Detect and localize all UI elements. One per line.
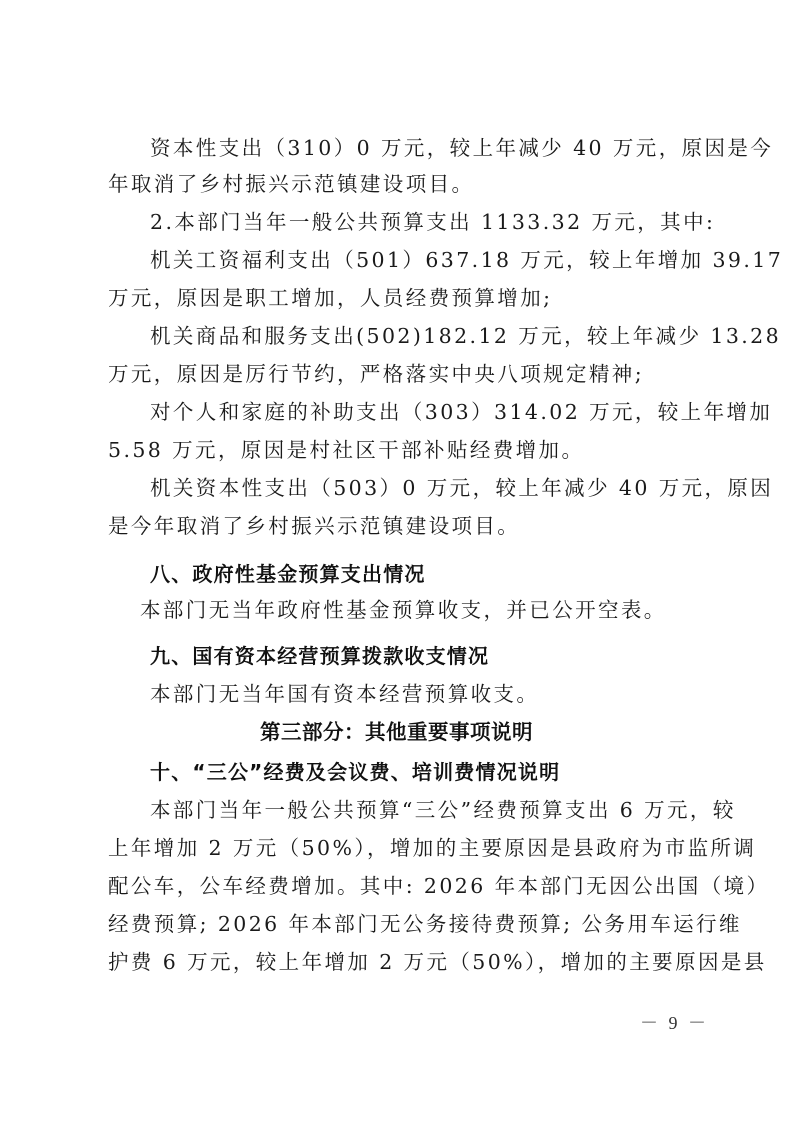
paragraph-first-line: 本部门当年一般公共预算“三公”经费预算支出 6 万元，较 <box>150 796 698 824</box>
paragraph-line: 年取消了乡村振兴示范镇建设项目。 <box>108 170 698 198</box>
paragraph-first-line: 机关资本性支出（503）0 万元，较上年减少 40 万元，原因 <box>150 474 698 502</box>
paragraph-line: 配公车，公车经费增加。其中: 2026 年本部门无因公出国（境） <box>108 872 698 900</box>
paragraph-first-line: 本部门无当年国有资本经营预算收支。 <box>150 680 698 708</box>
section-heading: 八、政府性基金预算支出情况 <box>150 560 698 588</box>
document-page: 资本性支出（310）0 万元，较上年减少 40 万元，原因是今年取消了乡村振兴示… <box>0 0 793 1122</box>
paragraph-line: 万元，原因是职工增加，人员经费预算增加; <box>108 284 698 312</box>
paragraph-line: 是今年取消了乡村振兴示范镇建设项目。 <box>108 512 698 540</box>
paragraph-first-line: 机关商品和服务支出(502)182.12 万元，较上年减少 13.28 <box>150 322 698 350</box>
paragraph-first-line: 资本性支出（310）0 万元，较上年减少 40 万元，原因是今 <box>150 134 698 162</box>
paragraph-line: 上年增加 2 万元（50%），增加的主要原因是县政府为市监所调 <box>108 834 698 862</box>
paragraph-line: 护费 6 万元，较上年增加 2 万元（50%），增加的主要原因是县 <box>108 948 698 976</box>
paragraph-first-line: 2.本部门当年一般公共预算支出 1133.32 万元，其中: <box>150 208 698 236</box>
paragraph-first-line: 本部门无当年政府性基金预算收支，并已公开空表。 <box>140 596 730 624</box>
paragraph-line: 经费预算; 2026 年本部门无公务接待费预算; 公务用车运行维 <box>108 910 698 938</box>
page-number: － 9 － <box>640 1010 709 1036</box>
section-heading: 十、“三公”经费及会议费、培训费情况说明 <box>150 758 698 786</box>
section-heading: 九、国有资本经营预算拨款收支情况 <box>150 642 698 670</box>
paragraph-line: 万元，原因是厉行节约，严格落实中央八项规定精神; <box>108 360 698 388</box>
paragraph-first-line: 机关工资福利支出（501）637.18 万元，较上年增加 39.17 <box>150 246 698 274</box>
paragraph-line: 5.58 万元，原因是村社区干部补贴经费增加。 <box>108 436 698 464</box>
paragraph-first-line: 对个人和家庭的补助支出（303）314.02 万元，较上年增加 <box>150 398 698 426</box>
part-title: 第三部分：其他重要事项说明 <box>0 718 793 746</box>
